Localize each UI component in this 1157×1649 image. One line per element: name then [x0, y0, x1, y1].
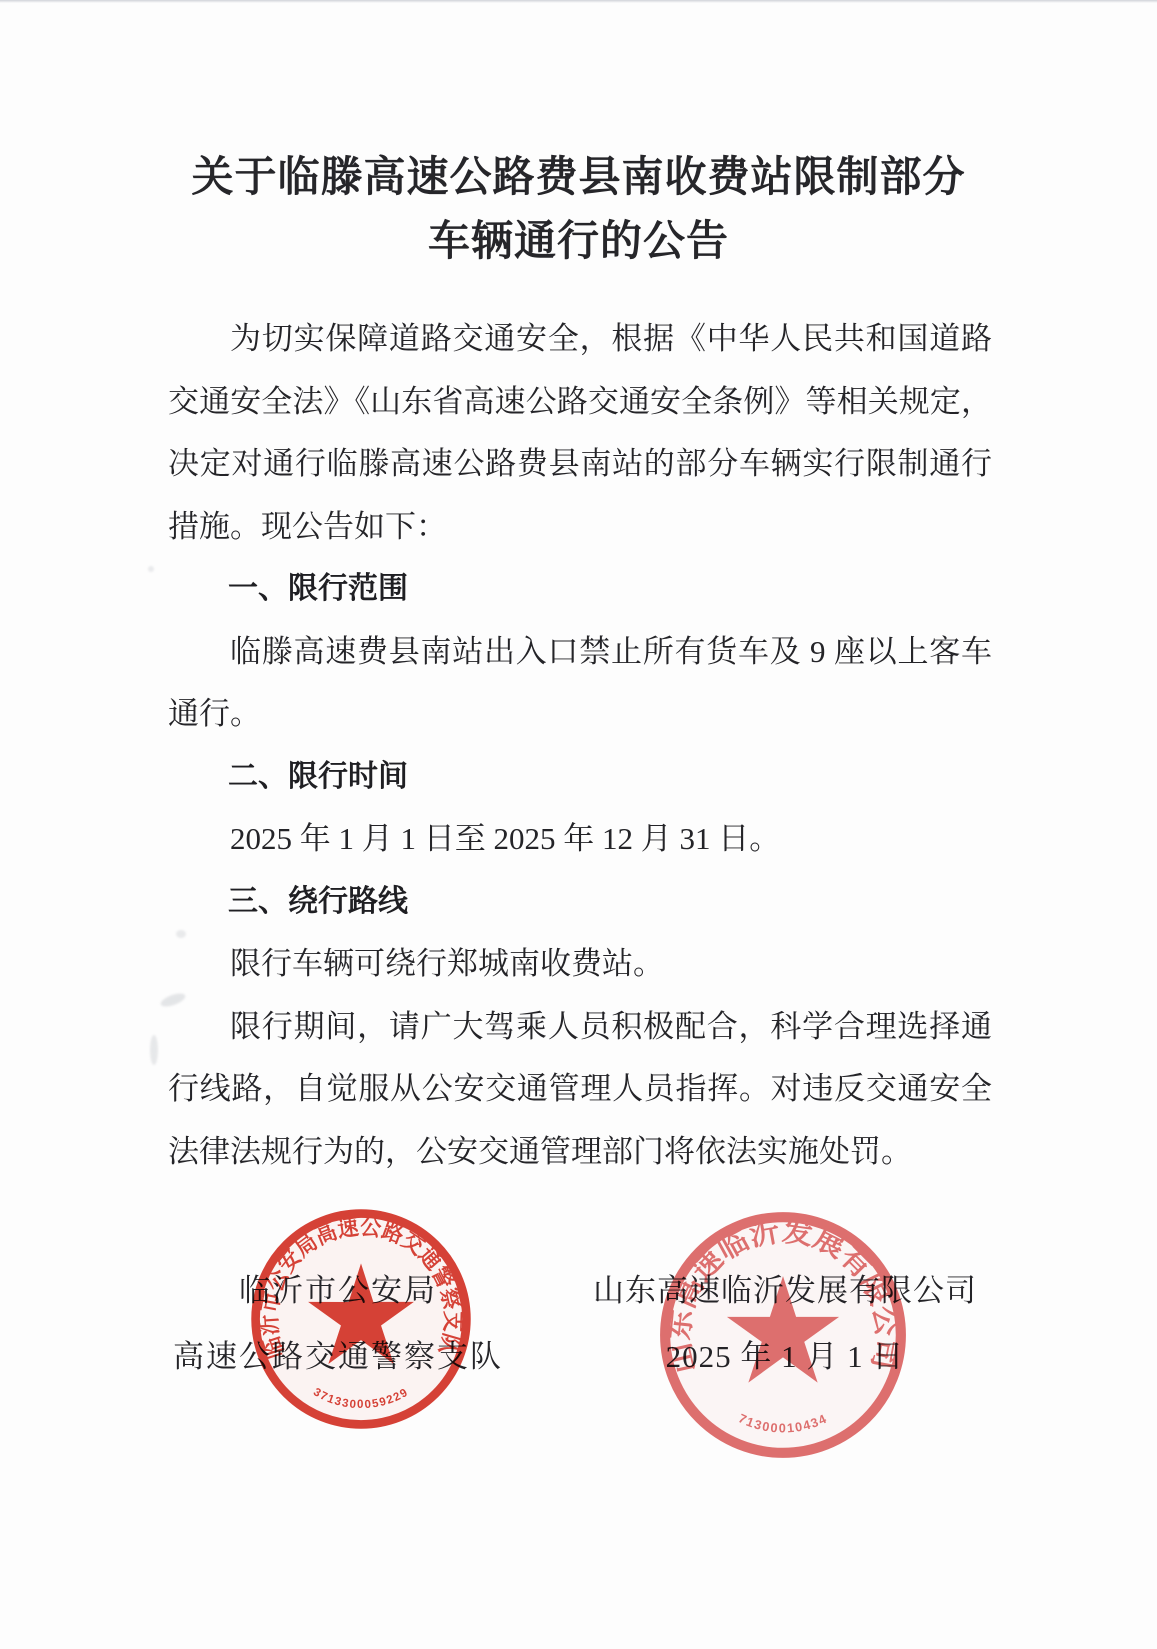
notice-title-line1: 关于临滕高速公路费县南收费站限制部分 [0, 146, 1157, 210]
section-2-text: 2025 年 1 月 1 日至 2025 年 12 月 31 日。 [168, 808, 992, 871]
notice-body: 为切实保障道路交通安全，根据《中华人民共和国道路交通安全法》《山东省高速公路交通… [168, 308, 992, 1183]
scan-smudge [148, 566, 154, 572]
official-seal-police-icon: 临沂市公安局高速公路交通警察支队 3713300059229 [246, 1204, 476, 1434]
section-2-heading: 二、限行时间 [168, 746, 992, 809]
scan-smudge [150, 1035, 158, 1065]
closing-paragraph: 限行期间，请广大驾乘人员积极配合，科学合理选择通行线路，自觉服从公安交通管理人员… [168, 996, 992, 1184]
notice-title-line2: 车辆通行的公告 [0, 210, 1157, 274]
section-3-heading: 三、绕行路线 [168, 871, 992, 934]
paragraph-intro: 为切实保障道路交通安全，根据《中华人民共和国道路交通安全法》《山东省高速公路交通… [168, 308, 992, 558]
notice-title: 关于临滕高速公路费县南收费站限制部分 车辆通行的公告 [0, 146, 1157, 274]
section-1-text: 临滕高速费县南站出入口禁止所有货车及 9 座以上客车通行。 [168, 621, 992, 746]
scanned-notice-page: 关于临滕高速公路费县南收费站限制部分 车辆通行的公告 为切实保障道路交通安全，根… [0, 0, 1157, 1649]
official-seal-company-icon: 山东高速临沂发展有限公司 3713000104346 [656, 1208, 910, 1462]
scan-edge-shadow [0, 0, 1157, 3]
section-3-text: 限行车辆可绕行郑城南收费站。 [168, 933, 992, 996]
section-1-heading: 一、限行范围 [168, 558, 992, 621]
scan-smudge [176, 930, 186, 938]
